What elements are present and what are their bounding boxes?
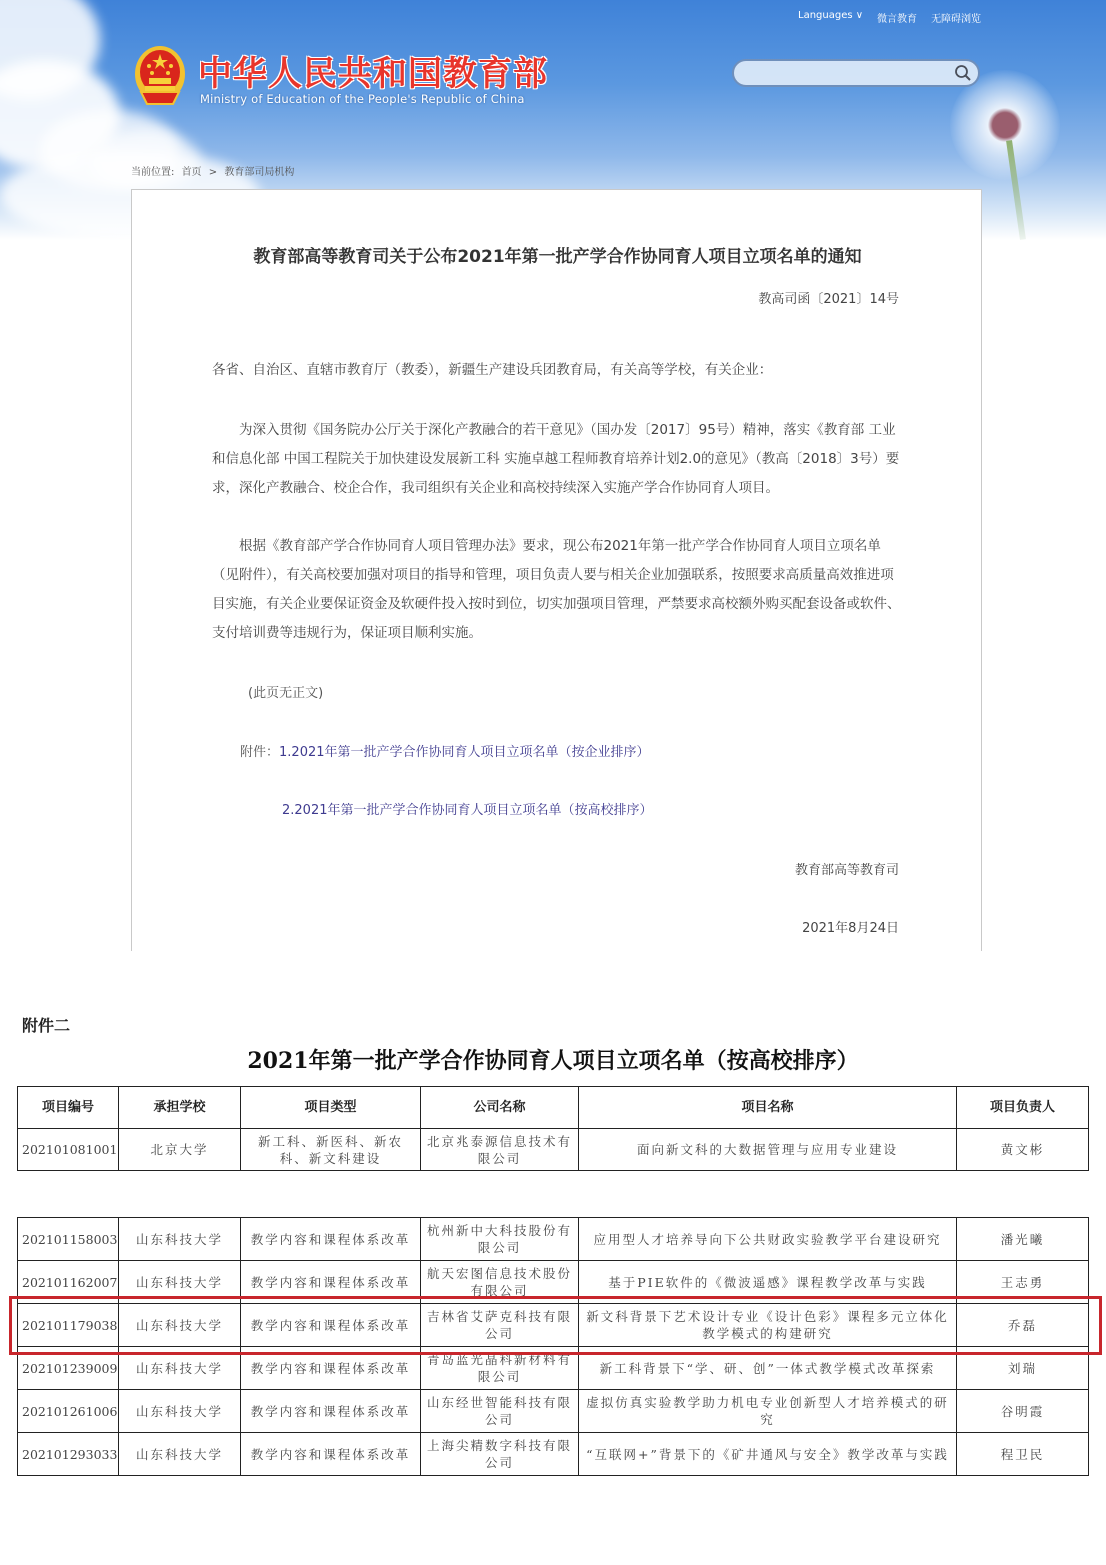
cell-project-id: 202101239009 [18,1347,119,1390]
cell-project-id: 202101081001 [18,1129,119,1171]
cell-project-name: 基于PIE软件的《微波遥感》课程教学改革与实践 [579,1261,957,1304]
column-header-university: 承担学校 [119,1087,241,1129]
cell-project-id: 202101293033 [18,1433,119,1476]
accessibility-link[interactable]: 无障碍浏览 [931,10,981,25]
breadcrumb-label: 当前位置: [131,167,174,178]
attachment-heading: 附件二 [22,1013,70,1036]
cell-project-lead: 程卫民 [957,1433,1089,1476]
cell-project-lead: 谷明霞 [957,1390,1089,1433]
cell-university: 山东科技大学 [119,1218,241,1261]
national-emblem-icon [133,44,187,108]
search-input[interactable] [744,64,944,82]
attachment-link-by-university[interactable]: 2.2021年第一批产学合作协同育人项目立项名单（按高校排序） [282,803,653,818]
table-row: 202101158003 山东科技大学 教学内容和课程体系改革 杭州新中大科技股… [18,1218,1089,1261]
salutation: 各省、自治区、直辖市教育厅（教委），新疆生产建设兵团教育局，有关高等学校，有关企… [212,356,902,385]
cell-project-lead: 潘光曦 [957,1218,1089,1261]
table-row: 202101293033 山东科技大学 教学内容和课程体系改革 上海尖精数字科技… [18,1433,1089,1476]
cell-project-name: 应用型人才培养导向下公共财政实验教学平台建设研究 [579,1218,957,1261]
cell-project-id: 202101179038 [18,1304,119,1347]
cell-project-type: 新工科、新医科、新农科、新文科建设 [241,1129,421,1171]
cell-project-id: 202101261006 [18,1390,119,1433]
document-number: 教高司函〔2021〕14号 [758,288,899,307]
table-row-highlighted: 202101179038 山东科技大学 教学内容和课程体系改革 吉林省艾萨克科技… [18,1304,1089,1347]
weiyan-education-link[interactable]: 微言教育 [877,10,917,25]
attachments-label: 附件： [240,745,279,760]
breadcrumb-separator: > [209,167,217,178]
signature-organization: 教育部高等教育司 [795,859,899,878]
table-row: 202101239009 山东科技大学 教学内容和课程体系改革 青岛蓝光晶科新材… [18,1347,1089,1390]
cell-project-lead: 黄文彬 [957,1129,1089,1171]
cell-university: 山东科技大学 [119,1390,241,1433]
cell-project-name: “互联网+”背景下的《矿井通风与安全》教学改革与实践 [579,1433,957,1476]
column-header-project-type: 项目类型 [241,1087,421,1129]
breadcrumb-home[interactable]: 首页 [182,167,202,178]
cell-university: 北京大学 [119,1129,241,1171]
cell-project-type: 教学内容和课程体系改革 [241,1433,421,1476]
cell-project-name: 新文科背景下艺术设计专业《设计色彩》课程多元立体化教学模式的构建研究 [579,1304,957,1347]
breadcrumb-department[interactable]: 教育部司局机构 [224,167,294,178]
search-icon[interactable] [954,64,972,82]
column-header-project-id: 项目编号 [18,1087,119,1129]
cell-project-lead: 乔磊 [957,1304,1089,1347]
cell-project-name: 面向新文科的大数据管理与应用专业建设 [579,1129,957,1171]
project-table-rows-section: 202101158003 山东科技大学 教学内容和课程体系改革 杭州新中大科技股… [17,1217,1089,1476]
cell-project-name: 新工科背景下“学、研、创”一体式教学模式改革探索 [579,1347,957,1390]
site-title[interactable]: 中华人民共和国教育部 [198,46,548,95]
attachments-line-2: 2.2021年第一批产学合作协同育人项目立项名单（按高校排序） [282,799,653,818]
cell-project-name: 虚拟仿真实验教学助力机电专业创新型人才培养模式的研究 [579,1390,957,1433]
column-header-company: 公司名称 [421,1087,579,1129]
cell-company: 北京兆泰源信息技术有限公司 [421,1129,579,1171]
attachment-link-by-company[interactable]: 1.2021年第一批产学合作协同育人项目立项名单（按企业排序） [279,745,650,760]
cell-company: 杭州新中大科技股份有限公司 [421,1218,579,1261]
paragraph-2: 根据《教育部产学合作协同育人项目管理办法》要求，现公布2021年第一批产学合作协… [212,532,902,648]
table-row: 202101261006 山东科技大学 教学内容和课程体系改革 山东经世智能科技… [18,1390,1089,1433]
cell-project-type: 教学内容和课程体系改革 [241,1347,421,1390]
signature-date: 2021年8月24日 [802,917,899,936]
cell-project-lead: 刘瑞 [957,1347,1089,1390]
languages-menu[interactable]: Languages ∨ [798,10,863,25]
cell-company: 青岛蓝光晶科新材料有限公司 [421,1347,579,1390]
cell-project-type: 教学内容和课程体系改革 [241,1304,421,1347]
cell-university: 山东科技大学 [119,1347,241,1390]
table-row: 202101081001 北京大学 新工科、新医科、新农科、新文科建设 北京兆泰… [18,1129,1089,1171]
site-subtitle: Ministry of Education of the People's Re… [200,92,525,106]
paragraph-1: 为深入贯彻《国务院办公厅关于深化产教融合的若干意见》（国办发〔2017〕95号）… [212,416,902,503]
list-title: 2021年第一批产学合作协同育人项目立项名单（按高校排序） [0,1044,1106,1075]
cell-project-type: 教学内容和课程体系改革 [241,1261,421,1304]
no-body-note: (此页无正文) [248,682,323,701]
top-nav: Languages ∨ 微言教育 无障碍浏览 [798,10,981,25]
cell-university: 山东科技大学 [119,1261,241,1304]
column-header-project-name: 项目名称 [579,1087,957,1129]
notice-card: 教育部高等教育司关于公布2021年第一批产学合作协同育人项目立项名单的通知 教高… [131,189,982,951]
attachments-line-1: 附件：1.2021年第一批产学合作协同育人项目立项名单（按企业排序） [240,741,650,760]
cell-university: 山东科技大学 [119,1433,241,1476]
breadcrumb: 当前位置: 首页 > 教育部司局机构 [131,163,298,178]
project-table-header-section: 项目编号 承担学校 项目类型 公司名称 项目名称 项目负责人 202101081… [17,1086,1089,1171]
cell-company: 吉林省艾萨克科技有限公司 [421,1304,579,1347]
table-row: 202101162007 山东科技大学 教学内容和课程体系改革 航天宏图信息技术… [18,1261,1089,1304]
search-box [732,59,980,87]
cell-company: 上海尖精数字科技有限公司 [421,1433,579,1476]
notice-title: 教育部高等教育司关于公布2021年第一批产学合作协同育人项目立项名单的通知 [132,242,983,267]
cell-project-id: 202101162007 [18,1261,119,1304]
table-header-row: 项目编号 承担学校 项目类型 公司名称 项目名称 项目负责人 [18,1087,1089,1129]
cell-project-id: 202101158003 [18,1218,119,1261]
column-header-project-lead: 项目负责人 [957,1087,1089,1129]
cell-project-type: 教学内容和课程体系改革 [241,1390,421,1433]
cell-company: 航天宏图信息技术股份有限公司 [421,1261,579,1304]
cell-project-type: 教学内容和课程体系改革 [241,1218,421,1261]
cell-company: 山东经世智能科技有限公司 [421,1390,579,1433]
cell-project-lead: 王志勇 [957,1261,1089,1304]
cell-university: 山东科技大学 [119,1304,241,1347]
